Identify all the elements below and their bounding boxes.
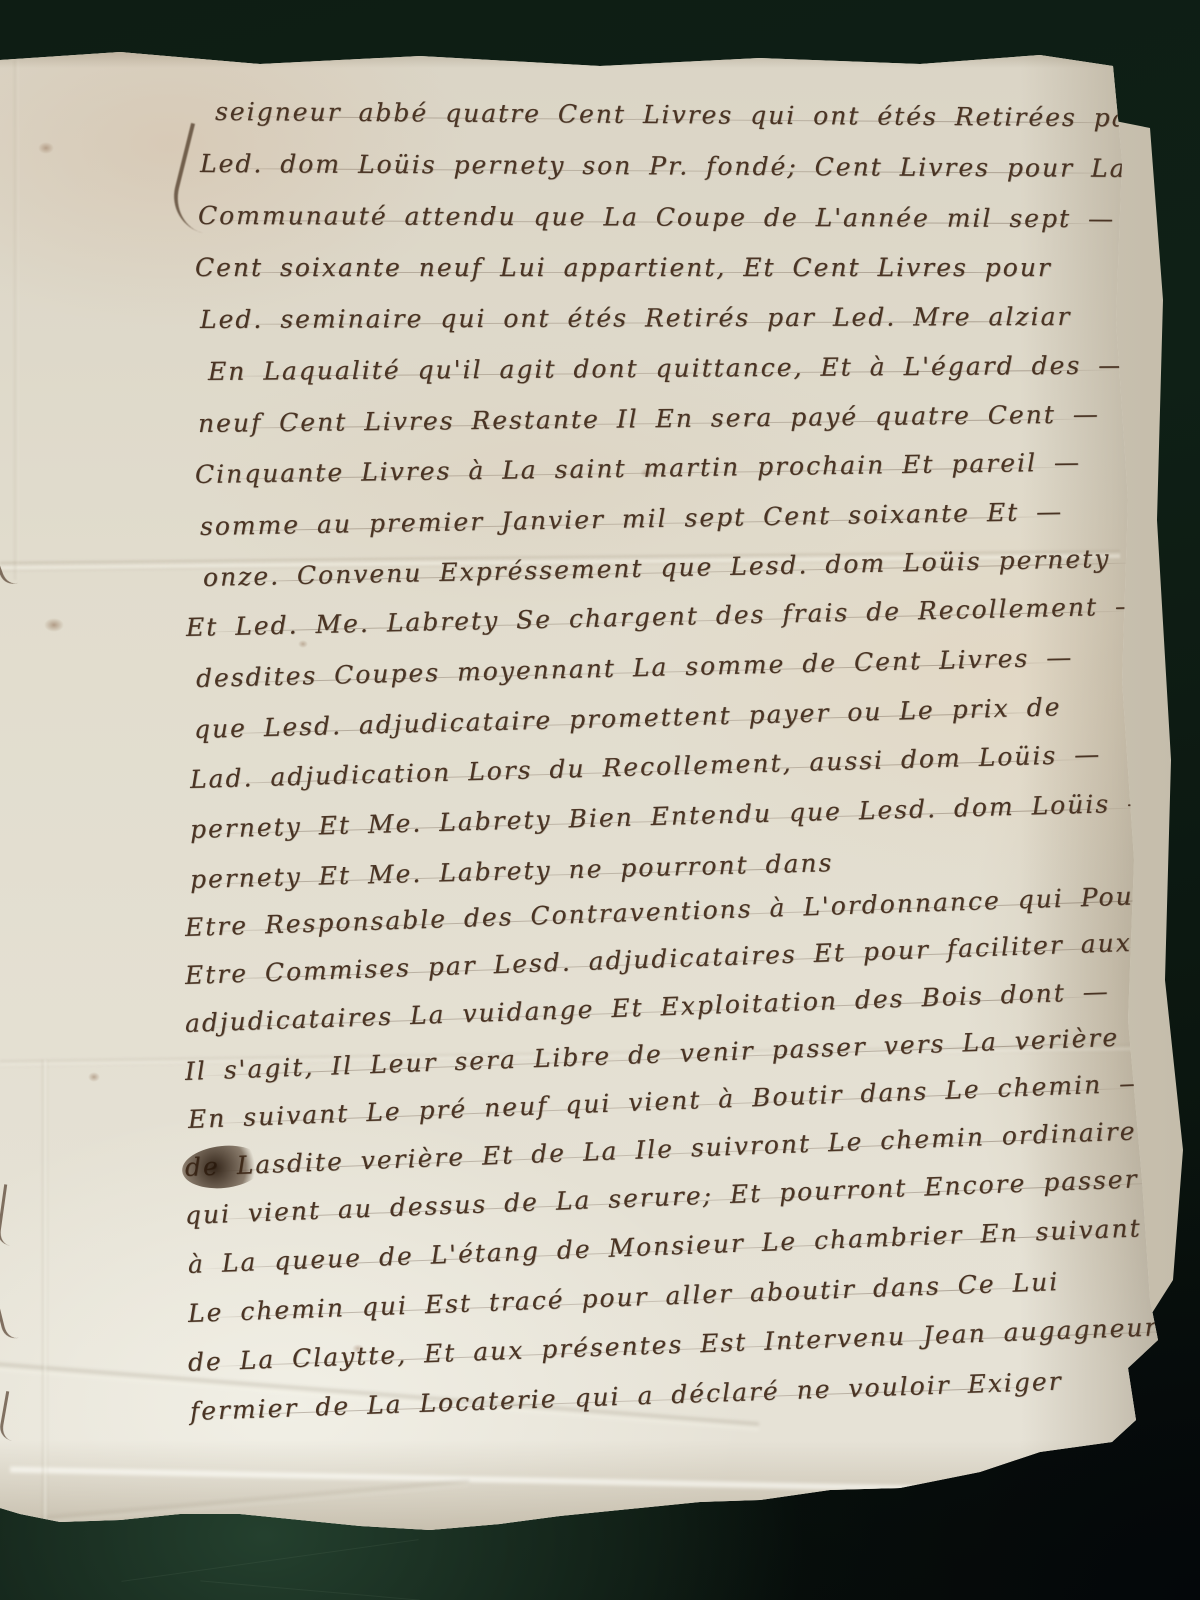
manuscript-page: seigneur abbé quatre Cent Livres qui ont… [0,0,1200,1600]
manuscript-line: Led. dom Loüis pernety son Pr. fondé; Ce… [200,148,1127,185]
handwritten-text: seigneur abbé quatre Cent Livres qui ont… [0,0,1200,1600]
manuscript-line: Cinquante Livres à La saint martin proch… [195,447,1081,492]
manuscript-line: Lad. adjudication Lors du Recollement, a… [190,739,1102,797]
manuscript-line: fermier de La Locaterie qui a déclaré ne… [189,1366,1063,1429]
manuscript-line: neuf Cent Livres Restante Il En sera pay… [198,399,1100,441]
manuscript-line: En Laqualité qu'il agit dont quittance, … [208,350,1125,389]
manuscript-photograph: seigneur abbé quatre Cent Livres qui ont… [0,0,1200,1600]
manuscript-line: pernety Et Me. Labrety Bien Entendu que … [190,787,1155,846]
manuscript-line: Et Led. Me. Labrety Se chargent des frai… [186,590,1143,644]
manuscript-line: pernety Et Me. Labrety ne pourront dans [190,847,834,896]
manuscript-line: desdites Coupes moyennant La somme de Ce… [196,642,1074,696]
manuscript-line: seigneur abbé quatre Cent Livres qui ont… [215,96,1143,135]
manuscript-line: Communauté attendu que La Coupe de L'ann… [198,200,1115,236]
manuscript-line: somme au premier Janvier mil sept Cent s… [200,496,1064,544]
table-scratch [200,1580,419,1600]
manuscript-line: onze. Convenu Expréssement que Lesd. dom… [203,542,1155,594]
manuscript-line: que Lesd. adjudicataire promettent payer… [194,691,1062,746]
manuscript-line: Cent soixante neuf Lui appartient, Et Ce… [195,252,1052,285]
manuscript-line: Led. seminaire qui ont étés Retirés par … [200,301,1072,337]
table-scratch [121,1539,418,1582]
